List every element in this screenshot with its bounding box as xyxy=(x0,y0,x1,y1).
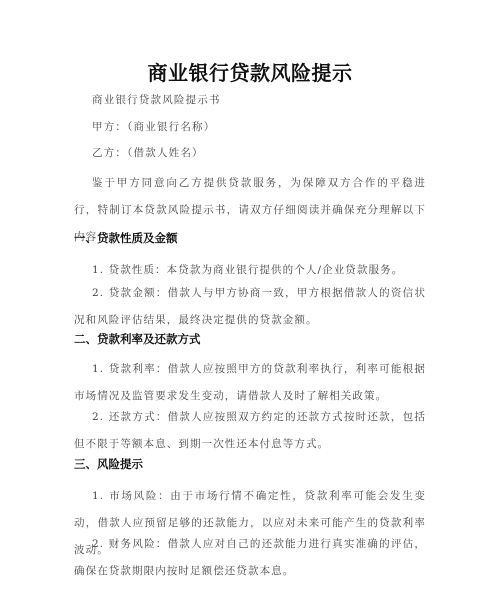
party-b-line: 乙方：（借款人姓名） xyxy=(92,145,444,162)
section-heading-1: 一、贷款性质及金额 xyxy=(74,230,178,246)
section-heading-2: 二、贷款利率及还款方式 xyxy=(74,331,201,347)
section-1-item-2: 2. 贷款金额：借款人与甲方协商一致，甲方根据借款人的资信状况和风险评估结果，最… xyxy=(74,280,426,334)
party-a-line: 甲方：（商业银行名称） xyxy=(92,119,444,136)
section-2-item-1: 1. 贷款利率：借款人应按照甲方的贷款利率执行，利率可能根据市场情况及监管要求发… xyxy=(74,356,426,410)
document-page: 商业银行贷款风险提示 商业银行贷款风险提示书 甲方：（商业银行名称） 乙方：（借… xyxy=(0,0,500,597)
section-heading-3: 三、风险提示 xyxy=(74,456,143,472)
section-3-item-2: 2. 财务风险：借款人应对自己的还款能力进行真实准确的评估，确保在贷款期限内按时… xyxy=(74,531,426,585)
document-title: 商业银行贷款风险提示 xyxy=(0,57,500,86)
section-2-item-2: 2. 还款方式：借款人应按照双方约定的还款方式按时还款，包括但不限于等额本息、到… xyxy=(74,404,426,458)
document-subtitle: 商业银行贷款风险提示书 xyxy=(92,92,444,109)
